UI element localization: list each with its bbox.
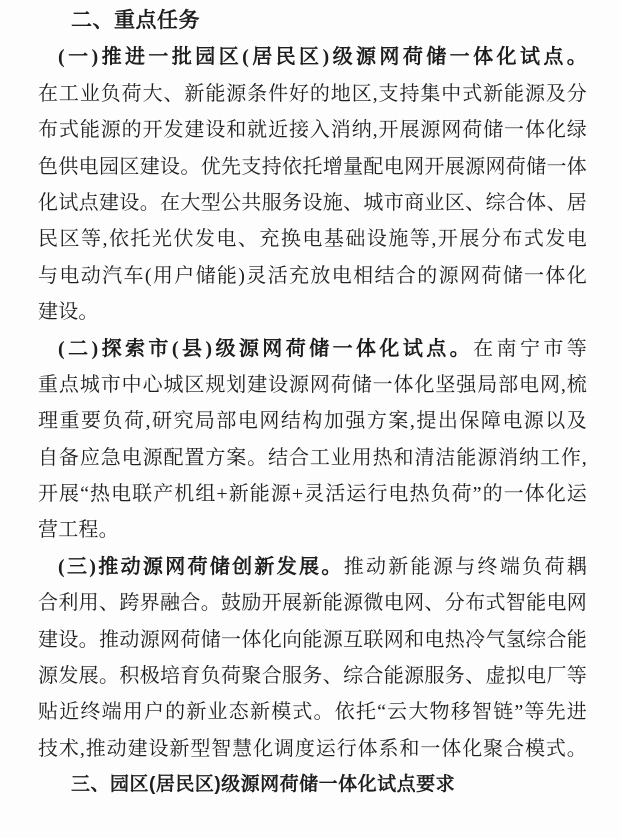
text-line: 理重要负荷,研究局部电网结构加强方案,提出保障电源以及 xyxy=(38,403,587,439)
text-line: 与电动汽车(用户储能)灵活充放电相结合的源网荷储一体化 xyxy=(38,258,587,294)
text-line: 贴近终端用户的新业态新模式。依托“云大物移智链”等先进 xyxy=(38,694,587,730)
section-3-heading: 三、园区(居民区)级源网荷储一体化试点要求 xyxy=(38,767,587,803)
text-line: 建设。 xyxy=(38,294,587,330)
text-line: 重点城市中心城区规划建设源网荷储一体化坚强局部电网,梳 xyxy=(38,367,587,403)
text-line: 技术,推动建设新型智慧化调度运行体系和一体化聚合模式。 xyxy=(38,731,587,767)
item-1-lead: (一)推进一批园区(居民区)级源网荷储一体化试点。 xyxy=(38,39,587,75)
text-line: 建设。推动源网荷储一体化向能源互联网和电热冷气氢综合能 xyxy=(38,622,587,658)
text-line: 在工业负荷大、新能源条件好的地区,支持集中式新能源及分 xyxy=(38,76,587,112)
text-line: 色供电园区建设。优先支持依托增量配电网开展源网荷储一体 xyxy=(38,149,587,185)
document-page: 二、重点任务 (一)推进一批园区(居民区)级源网荷储一体化试点。 在工业负荷大、… xyxy=(0,0,620,838)
text-line: 自备应急电源配置方案。结合工业用热和清洁能源消纳工作, xyxy=(38,440,587,476)
text-line: 化试点建设。在大型公共服务设施、城市商业区、综合体、居 xyxy=(38,185,587,221)
text-line: 布式能源的开发建设和就近接入消纳,开展源网荷储一体化绿 xyxy=(38,112,587,148)
item-3-lead: (三)推动源网荷储创新发展。 xyxy=(58,556,344,578)
item-2-opening-line: (二)探索市(县)级源网荷储一体化试点。在南宁市等 xyxy=(38,331,587,367)
item-2-lead-rest: 在南宁市等 xyxy=(473,338,587,360)
section-2-heading: 二、重点任务 xyxy=(38,3,587,39)
text-line: 民区等,依托光伏发电、充换电基础设施等,开展分布式发电 xyxy=(38,221,587,257)
text-line: 开展“热电联产机组+新能源+灵活运行电热负荷”的一体化运 xyxy=(38,476,587,512)
text-line: 源发展。积极培育负荷聚合服务、综合能源服务、虚拟电厂等 xyxy=(38,658,587,694)
item-2-lead: (二)探索市(县)级源网荷储一体化试点。 xyxy=(58,338,473,360)
item-3-opening-line: (三)推动源网荷储创新发展。推动新能源与终端负荷耦 xyxy=(38,549,587,585)
text-line: 营工程。 xyxy=(38,512,587,548)
text-line: 合利用、跨界融合。鼓励开展新能源微电网、分布式智能电网 xyxy=(38,585,587,621)
item-3-lead-rest: 推动新能源与终端负荷耦 xyxy=(344,556,587,578)
